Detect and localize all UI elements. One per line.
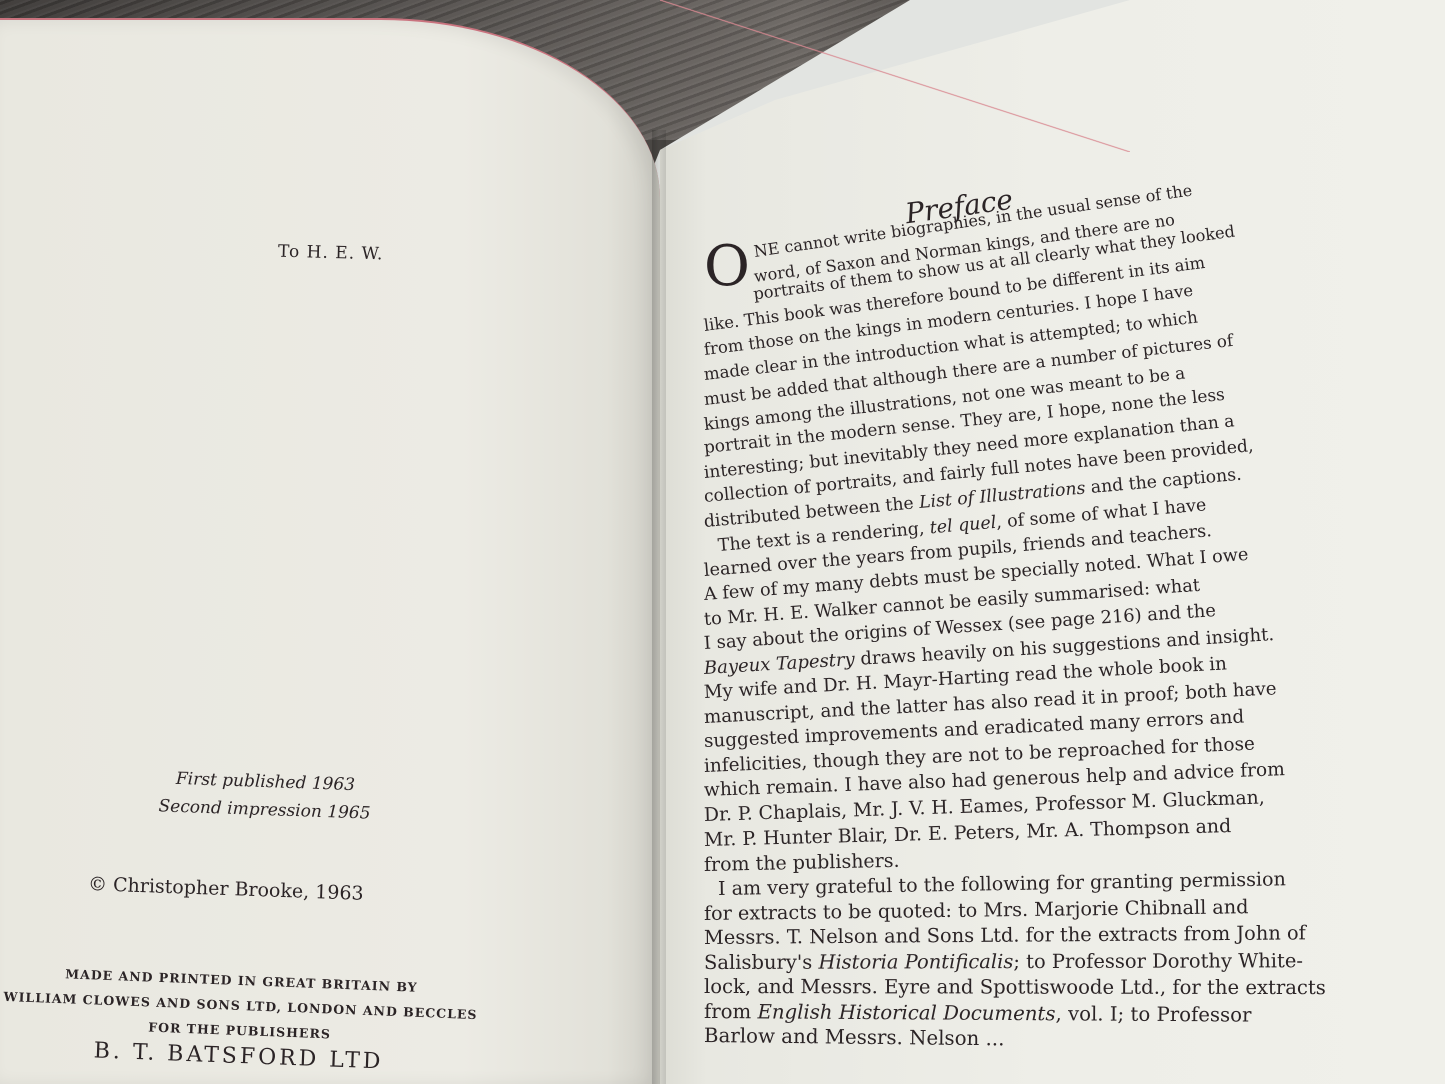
- dedication: To H. E. W.: [278, 242, 384, 265]
- preface-line: Messrs. T. Nelson and Sons Ltd. for the …: [704, 920, 1444, 950]
- imprint-info: First published 1963 Second impression 1…: [129, 763, 401, 828]
- left-page: [0, 18, 660, 1084]
- book-spine-gutter: [652, 130, 666, 1084]
- preface-line: Salisbury's Historia Pontificalis; to Pr…: [704, 948, 1444, 975]
- printer-info: MADE AND PRINTED IN GREAT BRITAIN BY WIL…: [0, 958, 512, 1082]
- page-edge: [660, 0, 1130, 152]
- preface-body: O NE cannot write biographies, in the us…: [704, 240, 1444, 1049]
- preface-line: lock, and Messrs. Eyre and Spottiswoode …: [704, 975, 1444, 1001]
